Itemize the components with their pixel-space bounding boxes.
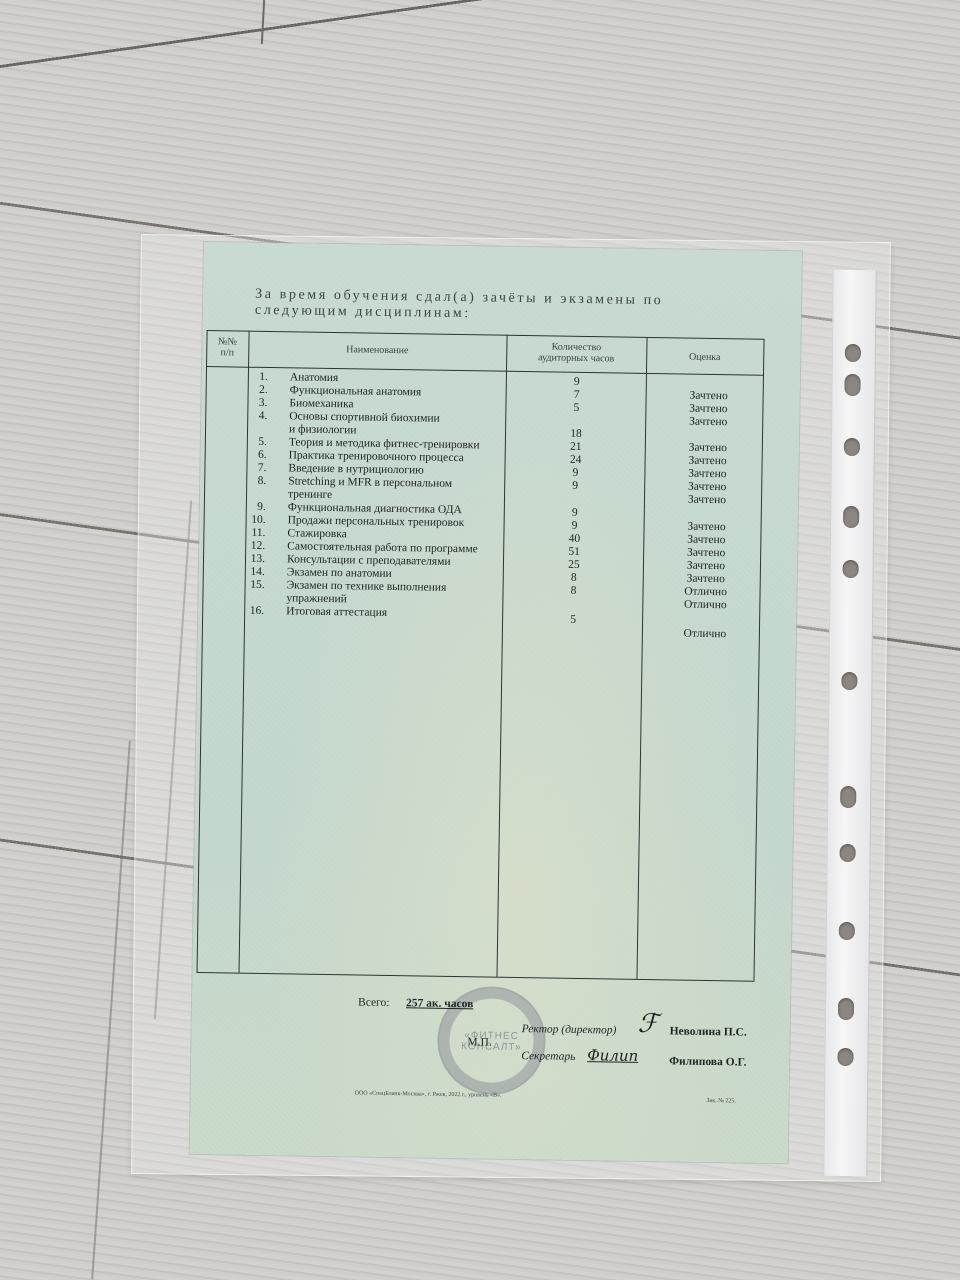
secretary-label: Секретарь: [521, 1050, 575, 1063]
header-name: Наименование: [248, 343, 506, 358]
secretary-name: Филипова О.Г.: [669, 1055, 746, 1068]
grades-table: №№ п/п Наименование Количество аудиторны…: [197, 330, 765, 981]
rector-signature: ℱ: [638, 1009, 659, 1039]
stamp-label: М.П.: [467, 1036, 491, 1048]
punch-hole: [843, 506, 859, 528]
floor-seam: [261, 0, 265, 44]
total-value: 257 ак. часов: [406, 997, 473, 1010]
punch-hole: [838, 998, 854, 1020]
punch-hole: [845, 344, 861, 362]
header-grade: Оценка: [646, 351, 763, 364]
intro-text: За время обучения сдал(а) зачёты и экзам…: [255, 287, 735, 327]
punch-hole: [837, 1048, 853, 1066]
printer-note: ООО «СпецБланк-Москва», г. Ржев, 2022 г.…: [355, 1090, 502, 1098]
header-number: №№ п/п: [206, 336, 248, 359]
row-grade: Зачтено: [652, 493, 762, 508]
secretary-signature: Филип: [587, 1046, 638, 1065]
punch-hole: [839, 922, 855, 940]
punch-hole: [841, 672, 857, 690]
punch-hole: [840, 844, 856, 862]
punch-hole: [844, 438, 860, 456]
header-hours: Количество аудиторных часов: [506, 341, 646, 365]
order-note: Зак. № 225.: [707, 1098, 736, 1104]
rector-name: Неволина П.С.: [670, 1025, 747, 1038]
row-grade: Отлично: [650, 627, 760, 642]
punch-hole: [843, 560, 859, 578]
rector-label: Ректор (директор): [522, 1023, 617, 1036]
certificate-page: За время обучения сдал(а) зачёты и экзам…: [190, 242, 802, 1163]
table-border-bottom: [197, 972, 755, 982]
punch-hole: [844, 374, 860, 396]
floor-seam: [91, 741, 131, 1280]
total-label: Всего:: [358, 997, 390, 1009]
punch-hole: [840, 786, 856, 808]
table-border-top: [207, 330, 765, 340]
